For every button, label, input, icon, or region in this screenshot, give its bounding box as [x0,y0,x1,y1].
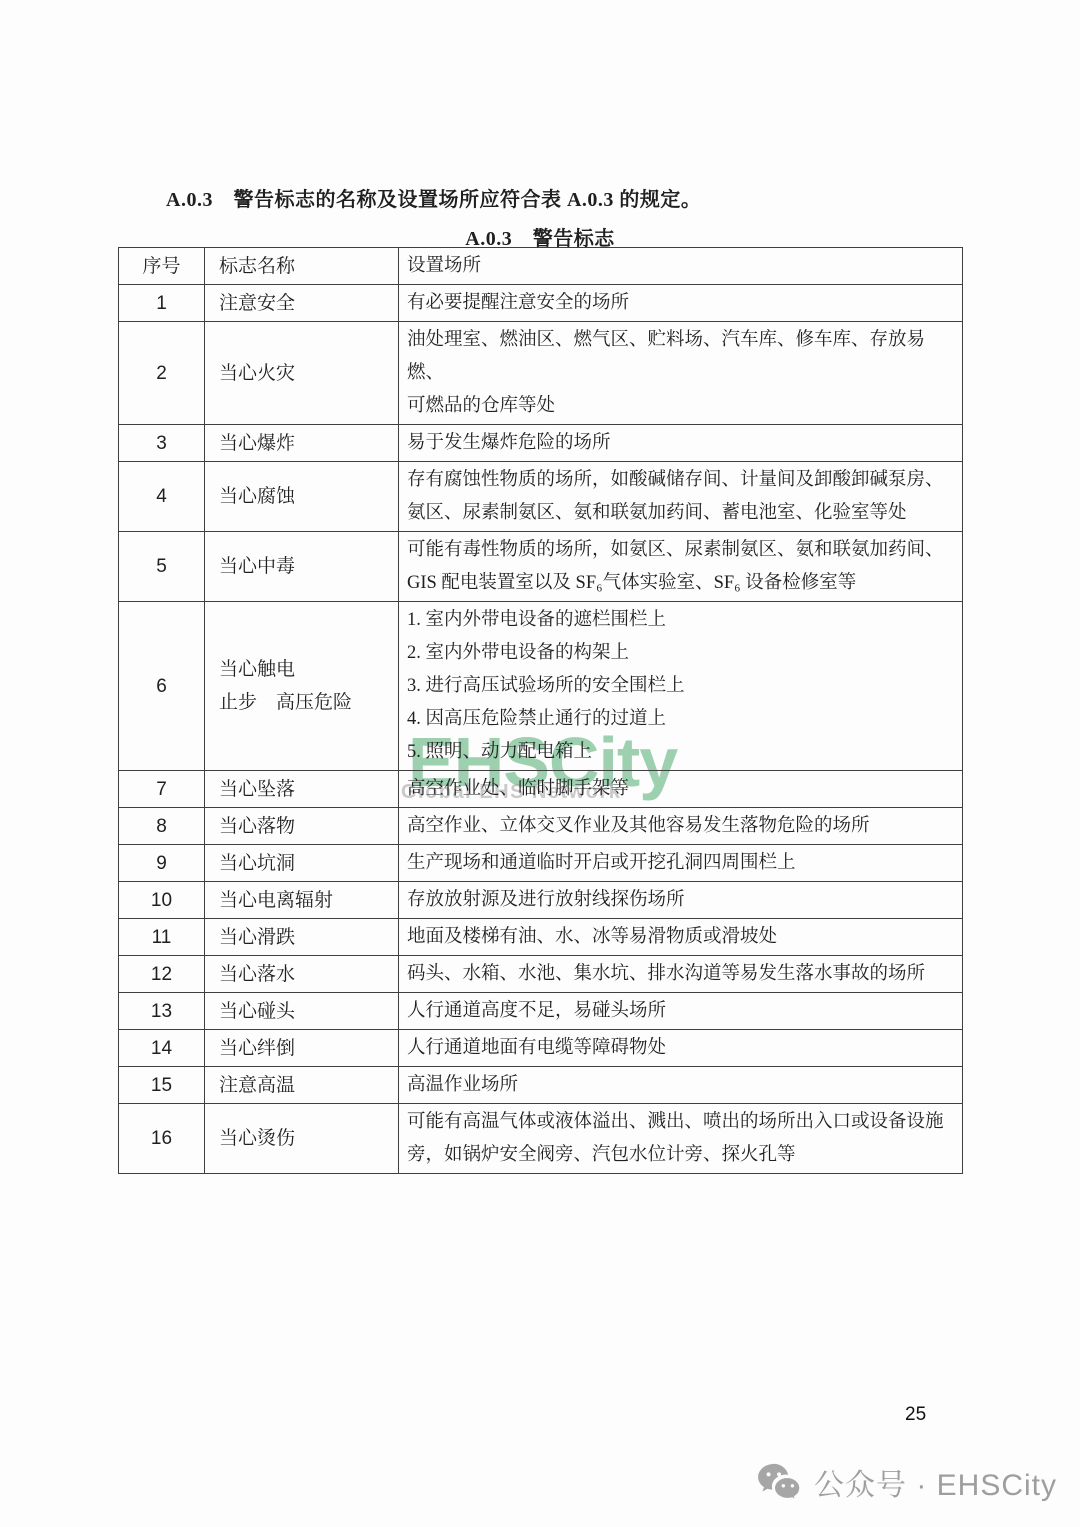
page-number: 25 [905,1404,926,1426]
table-row: 9 当心坑洞 生产现场和通道临时开启或开挖孔洞四周围栏上 [119,845,963,882]
cell-location: 生产现场和通道临时开启或开挖孔洞四周围栏上 [399,845,963,882]
cell-name: 当心绊倒 [205,1030,399,1067]
cell-name: 当心电离辐射 [205,882,399,919]
wechat-icon [756,1462,804,1502]
cell-no: 6 [119,602,205,771]
header-location: 设置场所 [399,248,963,285]
cell-location: 存有腐蚀性物质的场所，如酸碱储存间、计量间及卸酸卸碱泵房、 氨区、尿素制氨区、氨… [399,462,963,532]
cell-no: 3 [119,425,205,462]
cell-location: 存放放射源及进行放射线探伤场所 [399,882,963,919]
cell-location: 人行通道地面有电缆等障碍物处 [399,1030,963,1067]
cell-no: 16 [119,1104,205,1174]
header-no: 序号 [119,248,205,285]
cell-no: 14 [119,1030,205,1067]
cell-no: 5 [119,532,205,602]
cell-location: 1. 室内外带电设备的遮栏围栏上 2. 室内外带电设备的构架上 3. 进行高压试… [399,602,963,771]
table-row: 14 当心绊倒 人行通道地面有电缆等障碍物处 [119,1030,963,1067]
cell-no: 8 [119,808,205,845]
cell-location: 高温作业场所 [399,1067,963,1104]
table-row: 12 当心落水 码头、水箱、水池、集水坑、排水沟道等易发生落水事故的场所 [119,956,963,993]
table-row: 11 当心滑跌 地面及楼梯有油、水、冰等易滑物质或滑坡处 [119,919,963,956]
cell-no: 13 [119,993,205,1030]
cell-no: 7 [119,771,205,808]
cell-no: 1 [119,285,205,322]
table-row: 16 当心烫伤 可能有高温气体或液体溢出、溅出、喷出的场所出入口或设备设施 旁，… [119,1104,963,1174]
table-row: 15 注意高温 高温作业场所 [119,1067,963,1104]
table-row: 4 当心腐蚀 存有腐蚀性物质的场所，如酸碱储存间、计量间及卸酸卸碱泵房、 氨区、… [119,462,963,532]
cell-location: 易于发生爆炸危险的场所 [399,425,963,462]
table-row: 10 当心电离辐射 存放放射源及进行放射线探伤场所 [119,882,963,919]
table-row: 6 当心触电 止步 高压危险 1. 室内外带电设备的遮栏围栏上 2. 室内外带电… [119,602,963,771]
table-row: 2 当心火灾 油处理室、燃油区、燃气区、贮料场、汽车库、修车库、存放易燃、 可燃… [119,322,963,425]
cell-location: 高空作业处、临时脚手架等 [399,771,963,808]
cell-no: 4 [119,462,205,532]
cell-name: 当心碰头 [205,993,399,1030]
cell-location: 有必要提醒注意安全的场所 [399,285,963,322]
warning-signs-table: 序号 标志名称 设置场所 1 注意安全 有必要提醒注意安全的场所 2 当心火灾 … [118,247,963,1174]
table-row: 5 当心中毒 可能有毒性物质的场所，如氨区、尿素制氨区、氨和联氨加药间、 GIS… [119,532,963,602]
cell-location: 可能有高温气体或液体溢出、溅出、喷出的场所出入口或设备设施 旁，如锅炉安全阀旁、… [399,1104,963,1174]
table-row: 3 当心爆炸 易于发生爆炸危险的场所 [119,425,963,462]
cell-name: 当心坠落 [205,771,399,808]
table-row: 1 注意安全 有必要提醒注意安全的场所 [119,285,963,322]
cell-no: 15 [119,1067,205,1104]
cell-no: 12 [119,956,205,993]
cell-name: 当心中毒 [205,532,399,602]
cell-name: 注意高温 [205,1067,399,1104]
cell-name: 当心落物 [205,808,399,845]
cell-no: 2 [119,322,205,425]
cell-name: 当心烫伤 [205,1104,399,1174]
header-name: 标志名称 [205,248,399,285]
cell-name: 当心坑洞 [205,845,399,882]
cell-location: 可能有毒性物质的场所，如氨区、尿素制氨区、氨和联氨加药间、 GIS 配电装置室以… [399,532,963,602]
clause-heading: A.0.3 警告标志的名称及设置场所应符合表 A.0.3 的规定。 [166,183,701,212]
cell-name: 当心火灾 [205,322,399,425]
cell-name: 当心落水 [205,956,399,993]
table-header-row: 序号 标志名称 设置场所 [119,248,963,285]
cell-name: 当心触电 止步 高压危险 [205,602,399,771]
table-row: 7 当心坠落 高空作业处、临时脚手架等 [119,771,963,808]
cell-no: 10 [119,882,205,919]
cell-location: 油处理室、燃油区、燃气区、贮料场、汽车库、修车库、存放易燃、 可燃品的仓库等处 [399,322,963,425]
cell-location: 高空作业、立体交叉作业及其他容易发生落物危险的场所 [399,808,963,845]
document-page: A.0.3 警告标志的名称及设置场所应符合表 A.0.3 的规定。 A.0.3 … [0,0,1080,1527]
cell-location: 人行通道高度不足，易碰头场所 [399,993,963,1030]
cell-name: 当心爆炸 [205,425,399,462]
cell-location: 地面及楼梯有油、水、冰等易滑物质或滑坡处 [399,919,963,956]
cell-name: 注意安全 [205,285,399,322]
table-row: 8 当心落物 高空作业、立体交叉作业及其他容易发生落物危险的场所 [119,808,963,845]
table-row: 13 当心碰头 人行通道高度不足，易碰头场所 [119,993,963,1030]
cell-location: 码头、水箱、水池、集水坑、排水沟道等易发生落水事故的场所 [399,956,963,993]
cell-no: 9 [119,845,205,882]
footer-brand-label: 公众号 · EHSCity [814,1460,1057,1504]
cell-name: 当心滑跌 [205,919,399,956]
cell-no: 11 [119,919,205,956]
footer-brand: 公众号 · EHSCity [756,1460,1057,1504]
cell-name: 当心腐蚀 [205,462,399,532]
